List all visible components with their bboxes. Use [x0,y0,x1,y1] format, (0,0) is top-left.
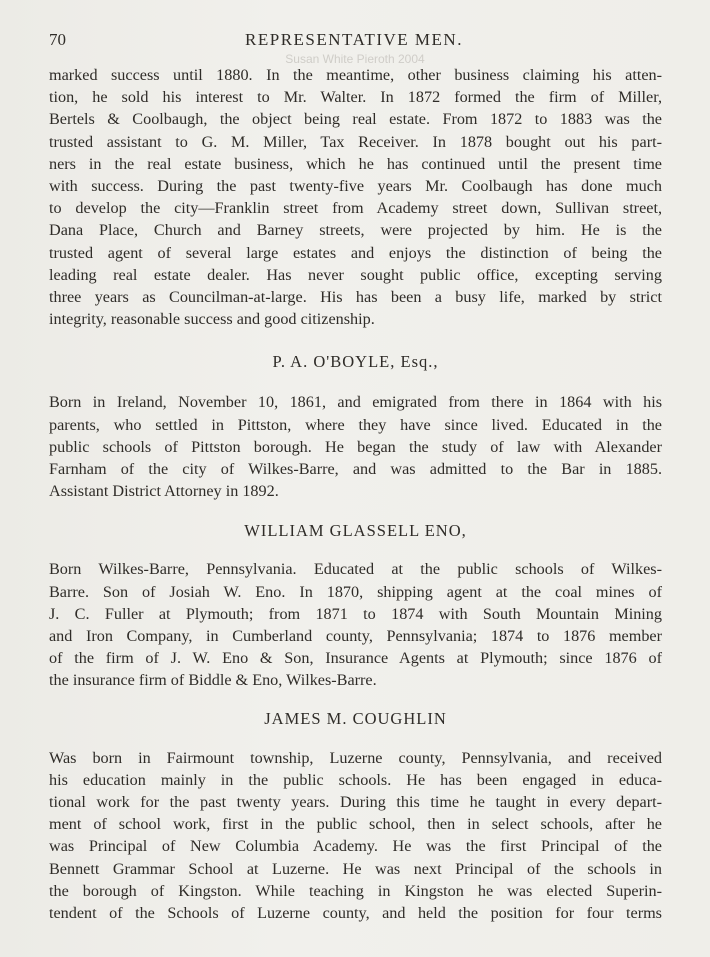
running-header: 70 REPRESENTATIVE MEN. [49,30,659,50]
text-line: Farnham of the city of Wilkes-Barre, and… [49,458,662,480]
text-line: to develop the city—Franklin street from… [49,197,662,219]
text-line: ment of school work, first in the public… [49,813,662,835]
text-line: of the firm of J. W. Eno & Son, Insuranc… [49,647,662,669]
text-line: leading real estate dealer. Has never so… [49,264,662,286]
text-line: Bennett Grammar School at Luzerne. He wa… [49,858,662,880]
coolbaugh-continuation-paragraph: marked success until 1880. In the meanti… [49,64,662,330]
text-line: J. C. Fuller at Plymouth; from 1871 to 1… [49,603,662,625]
running-title: REPRESENTATIVE MEN. [49,30,659,50]
text-line: tional work for the past twenty years. D… [49,791,662,813]
text-line: trusted assistant to G. M. Miller, Tax R… [49,131,662,153]
text-line: tion, he sold his interest to Mr. Walter… [49,86,662,108]
text-line: public schools of Pittston borough. He b… [49,436,662,458]
text-line: Dana Place, Church and Barney streets, w… [49,219,662,241]
text-line: his education mainly in the public schoo… [49,769,662,791]
text-line: tendent of the Schools of Luzerne county… [49,902,662,924]
text-line: Was born in Fairmount township, Luzerne … [49,747,662,769]
section-heading-oboyle: P. A. O'BOYLE, Esq., [49,352,662,372]
text-line: the borough of Kingston. While teaching … [49,880,662,902]
text-line: with success. During the past twenty-fiv… [49,175,662,197]
text-line: ners in the real estate business, which … [49,153,662,175]
book-page: 70 REPRESENTATIVE MEN. Susan White Piero… [0,0,710,957]
text-line: Barre. Son of Josiah W. Eno. In 1870, sh… [49,581,662,603]
text-line: was Principal of New Columbia Academy. H… [49,835,662,857]
text-line: Bertels & Coolbaugh, the object being re… [49,108,662,130]
text-line: Born in Ireland, November 10, 1861, and … [49,391,662,413]
coughlin-paragraph: Was born in Fairmount township, Luzerne … [49,747,662,925]
section-heading-coughlin: JAMES M. COUGHLIN [49,709,662,729]
page-body: marked success until 1880. In the meanti… [49,64,662,924]
section-heading-eno: WILLIAM GLASSELL ENO, [49,521,662,541]
text-line: and Iron Company, in Cumberland county, … [49,625,662,647]
text-line: parents, who settled in Pittston, where … [49,414,662,436]
text-line: Assistant District Attorney in 1892. [49,480,662,502]
eno-paragraph: Born Wilkes-Barre, Pennsylvania. Educate… [49,558,662,691]
text-line: three years as Councilman-at-large. His … [49,286,662,308]
text-line: integrity, reasonable success and good c… [49,308,662,330]
oboyle-paragraph: Born in Ireland, November 10, 1861, and … [49,391,662,502]
text-line: trusted agent of several large estates a… [49,242,662,264]
text-line: the insurance firm of Biddle & Eno, Wilk… [49,669,662,691]
text-line: Born Wilkes-Barre, Pennsylvania. Educate… [49,558,662,580]
text-line: marked success until 1880. In the meanti… [49,64,662,86]
